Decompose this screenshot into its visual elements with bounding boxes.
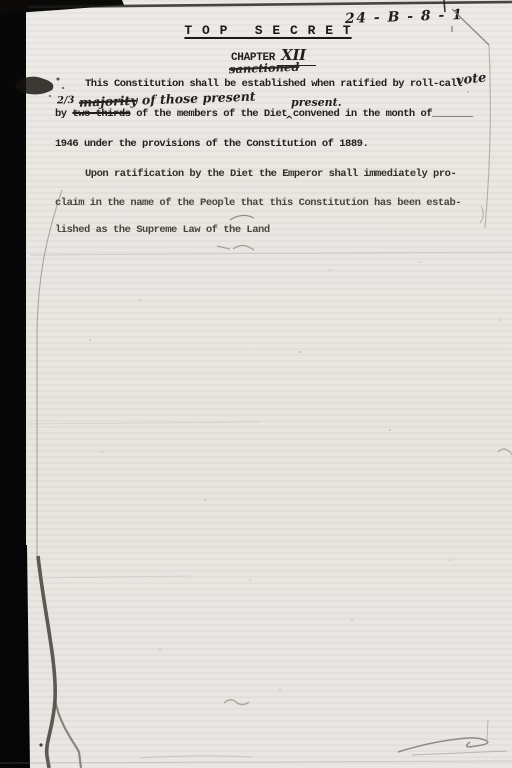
body-line-p2l2: claim in the name of the People that thi… bbox=[55, 197, 461, 210]
p1l2-pre: by bbox=[55, 108, 72, 120]
scanned-document-page: T O P S E C R E T 24 - B - 8 - 1 CHAPTER… bbox=[0, 0, 512, 768]
handwritten-present: present. bbox=[291, 96, 342, 109]
body-line-p1l1: This Constitution shall be established w… bbox=[85, 78, 462, 91]
insertion-caret: ^ bbox=[285, 115, 293, 126]
p1l2-blank-line: _______ bbox=[432, 108, 473, 120]
classification-stamp: T O P S E C R E T bbox=[168, 23, 368, 38]
p1l2-struck-two-thirds: two-thirds bbox=[72, 108, 130, 120]
handwritten-vote: vote bbox=[455, 70, 487, 88]
body-line-p2l1: Upon ratification by the Diet the Empero… bbox=[85, 168, 456, 181]
body-line-p1l3: 1946 under the provisions of the Constit… bbox=[55, 138, 368, 151]
classification-stamp-text: T O P S E C R E T bbox=[184, 23, 351, 38]
handwritten-fraction: 2/3 bbox=[57, 95, 75, 107]
body-line-p2l3: lished as the Supreme Law of the Land bbox=[55, 224, 270, 237]
p1l2-mid: of the members of the Diet convened in t… bbox=[130, 108, 432, 120]
struck-handwritten-word: sanctioned bbox=[229, 60, 300, 76]
body-line-p1l2: by two-thirds of the members of the Diet… bbox=[55, 108, 473, 121]
